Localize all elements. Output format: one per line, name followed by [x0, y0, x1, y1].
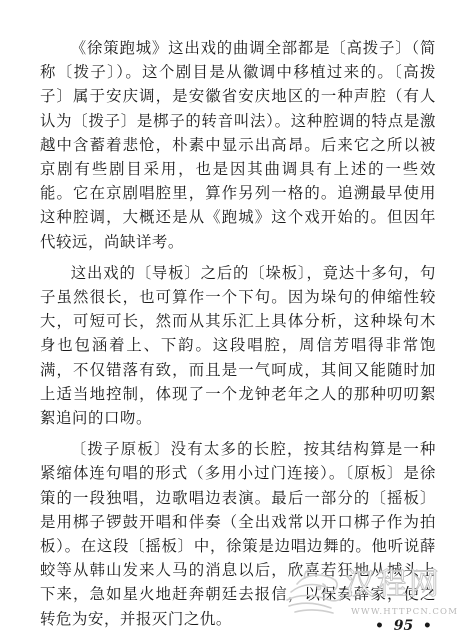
watermark-text: 汉程网 [345, 568, 441, 602]
dragon-wave-logo-icon [283, 562, 345, 614]
watermark-url: WWW.HTTPCN.COM [351, 607, 458, 617]
paragraph-1: 《徐策跑城》这出戏的曲调全部都是〔高拨子〕（简称〔拨子〕）。这个剧目是从徽调中移… [40, 36, 436, 254]
page-number: • 95 • [375, 618, 430, 634]
document-page: 《徐策跑城》这出戏的曲调全部都是〔高拨子〕（简称〔拨子〕）。这个剧目是从徽调中移… [40, 36, 436, 631]
paragraph-2: 这出戏的〔导板〕之后的〔垛板〕，竟达十多句，句子虽然很长，也可算作一个下句。因为… [40, 261, 436, 430]
watermark: 汉程网 WWW.HTTPCN.COM [283, 562, 458, 622]
